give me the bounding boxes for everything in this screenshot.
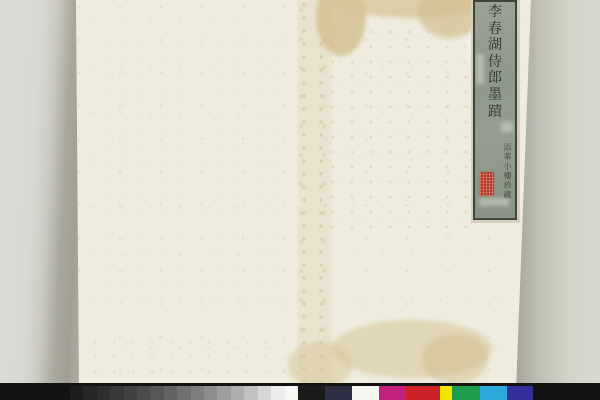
digitized-album-photo: 李 春 湖 侍 郎 墨 蹟 添華小樓珍藏	[0, 0, 600, 400]
slip-title-char: 蹟	[488, 104, 502, 121]
slip-title-char: 墨	[488, 87, 502, 104]
grayscale-step	[244, 386, 257, 400]
color-patch-black	[298, 386, 325, 400]
title-slip: 李 春 湖 侍 郎 墨 蹟 添華小樓珍藏	[471, 0, 520, 223]
slip-scuff	[501, 122, 513, 132]
grayscale-step	[164, 386, 177, 400]
color-patch-red	[406, 386, 440, 400]
grayscale-step	[110, 386, 123, 400]
left-page-edge	[0, 0, 79, 385]
title-slip-face: 李 春 湖 侍 郎 墨 蹟 添華小樓珍藏	[473, 0, 517, 220]
grayscale-step	[231, 386, 244, 400]
color-patch-white	[352, 386, 379, 400]
stain-blob	[422, 334, 488, 384]
grayscale-step	[204, 386, 217, 400]
collector-inscription: 添華小樓珍藏	[502, 143, 513, 215]
color-patch-green	[452, 386, 480, 400]
grayscale-step	[97, 386, 110, 400]
grayscale-ramp	[70, 386, 298, 400]
grayscale-step	[191, 386, 204, 400]
center-fold-stain-band	[298, 0, 332, 391]
collector-seal-stamp	[480, 172, 494, 196]
color-patches	[298, 386, 533, 400]
foxing-speckles	[90, 338, 300, 386]
color-calibration-bar	[70, 386, 533, 400]
grayscale-step	[285, 386, 298, 400]
slip-title-char: 郎	[488, 70, 502, 87]
album-paper-leaf	[70, 0, 532, 391]
grayscale-step	[70, 386, 83, 400]
slip-title-column: 李 春 湖 侍 郎 墨 蹟	[475, 4, 515, 120]
slip-title-char: 李	[488, 4, 502, 21]
color-patch-navy	[325, 386, 352, 400]
grayscale-step	[137, 386, 150, 400]
grayscale-step	[271, 386, 284, 400]
grayscale-step	[177, 386, 190, 400]
color-patch-violet	[507, 386, 533, 400]
grayscale-step	[124, 386, 137, 400]
foxing-speckles	[100, 40, 280, 300]
color-patch-magenta	[379, 386, 406, 400]
slip-title-char: 春	[488, 21, 502, 38]
foxing-speckles	[328, 28, 478, 238]
grayscale-step	[217, 386, 230, 400]
color-patch-cyan	[480, 386, 507, 400]
grayscale-step	[258, 386, 271, 400]
slip-title-char: 侍	[488, 54, 502, 71]
slip-title-char: 湖	[488, 37, 502, 54]
grayscale-step	[83, 386, 96, 400]
color-patch-yellow	[440, 386, 452, 400]
grayscale-step	[150, 386, 163, 400]
